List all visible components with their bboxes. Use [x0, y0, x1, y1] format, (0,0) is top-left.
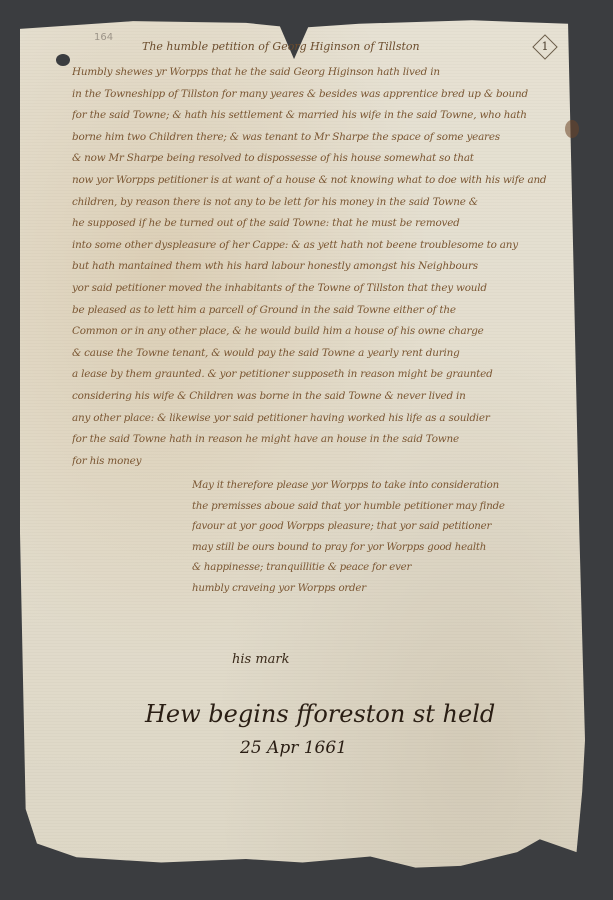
- paper-hole: [56, 54, 70, 66]
- body-line: yor said petitioner moved the inhabitant…: [72, 278, 580, 300]
- body-line: be pleased as to lett him a parcell of G…: [72, 300, 580, 322]
- folio-mark: 164: [94, 32, 113, 43]
- petition-prayer: May it therefore please yor Worpps to ta…: [192, 476, 592, 599]
- body-line: & cause the Towne tenant, & would pay th…: [72, 343, 580, 365]
- body-line: into some other dyspleasure of her Cappe…: [72, 235, 580, 257]
- body-line: he supposed if he be turned out of the s…: [72, 213, 580, 235]
- body-line: a lease by them graunted. & yor petition…: [72, 364, 580, 386]
- body-line: any other place: & likewise yor said pet…: [72, 408, 580, 430]
- body-line: Humbly shewes yr Worpps that he the said…: [72, 62, 580, 84]
- prayer-line: the premisses aboue said that yor humble…: [192, 497, 592, 518]
- body-line: borne him two Children there; & was tena…: [72, 127, 580, 149]
- page-number: 1: [537, 39, 553, 55]
- petition-body: Humbly shewes yr Worpps that he the said…: [72, 62, 580, 472]
- prayer-line: May it therefore please yor Worpps to ta…: [192, 476, 592, 497]
- body-line: but hath mantained them wth his hard lab…: [72, 256, 580, 278]
- body-line: in the Towneshipp of Tillston for many y…: [72, 84, 580, 106]
- body-line: for the said Towne hath in reason he mig…: [72, 429, 580, 451]
- body-line: children, by reason there is not any to …: [72, 192, 580, 214]
- prayer-line: humbly craveing yor Worpps order: [192, 579, 592, 600]
- prayer-line: may still be ours bound to pray for yor …: [192, 538, 592, 559]
- prayer-line: favour at yor good Worpps pleasure; that…: [192, 517, 592, 538]
- body-line: now yor Worpps petitioner is at want of …: [72, 170, 580, 192]
- order-date: 25 Apr 1661: [240, 738, 347, 758]
- body-line: for the said Towne; & hath his settlemen…: [72, 105, 580, 127]
- body-line: for his money: [72, 451, 580, 473]
- petition-title: The humble petition of Georg Higinson of…: [142, 40, 420, 53]
- prayer-line: & happinesse; tranquillitie & peace for …: [192, 558, 592, 579]
- body-line: & now Mr Sharpe being resolved to dispos…: [72, 148, 580, 170]
- body-line: Common or in any other place, & he would…: [72, 321, 580, 343]
- court-order-note: Hew begins fforeston st held: [145, 700, 495, 728]
- body-line: considering his wife & Children was born…: [72, 386, 580, 408]
- petitioner-mark: his mark: [232, 652, 290, 667]
